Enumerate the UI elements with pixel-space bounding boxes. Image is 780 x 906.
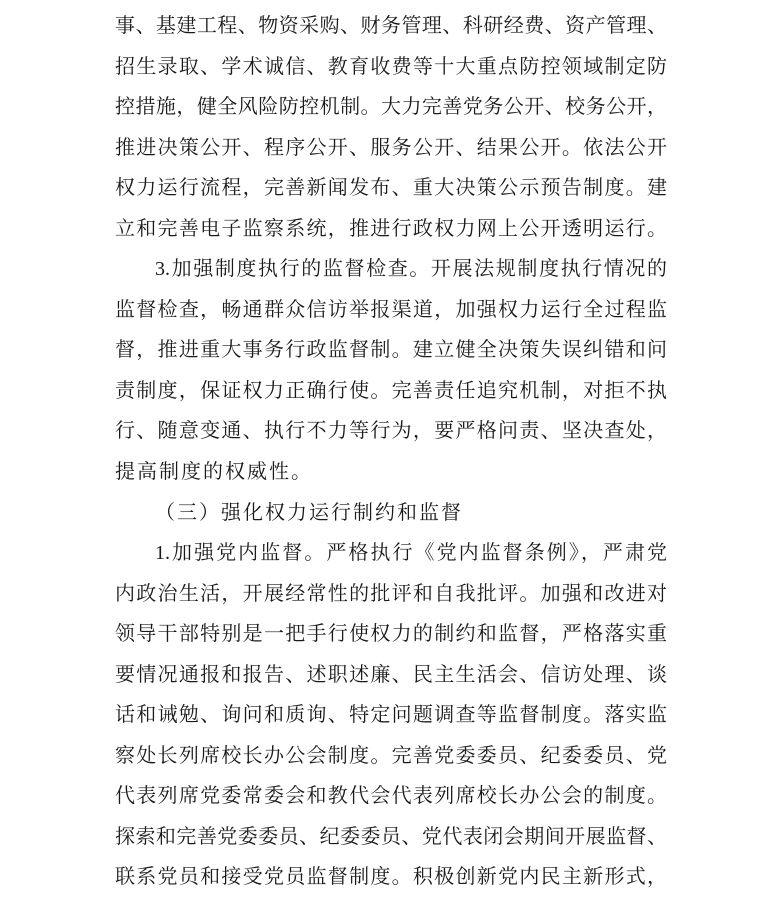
paragraph-end-line: 提高制度的权威性。 xyxy=(115,452,667,493)
text-line: 责制度，保证权力正确行使。完善责任追究机制，对拒不执 xyxy=(115,371,667,412)
section-heading: （三）强化权力运行制约和监督 xyxy=(115,493,667,534)
text-line: 话和诫勉、询问和质询、特定问题调查等监督制度。落实监 xyxy=(115,695,667,736)
text-line: 事、基建工程、物资采购、财务管理、科研经费、资产管理、 xyxy=(115,6,667,47)
text-line: 探索和完善党委委员、纪委委员、党代表闭会期间开展监督、 xyxy=(115,817,667,858)
text-line: 内政治生活，开展经常性的批评和自我批评。加强和改进对 xyxy=(115,574,667,615)
paragraph-start-line: 1.加强党内监督。严格执行《党内监督条例》，严肃党 xyxy=(115,533,667,574)
text-line: 监督检查，畅通群众信访举报渠道，加强权力运行全过程监 xyxy=(115,290,667,331)
text-line: 代表列席党委常委会和教代会代表列席校长办公会的制度。 xyxy=(115,776,667,817)
document-page: 事、基建工程、物资采购、财务管理、科研经费、资产管理、 招生录取、学术诚信、教育… xyxy=(0,0,780,906)
text-line: 行、随意变通、执行不力等行为，要严格问责、坚决查处， xyxy=(115,411,667,452)
text-line: 推进决策公开、程序公开、服务公开、结果公开。依法公开 xyxy=(115,128,667,169)
text-line: 要情况通报和报告、述职述廉、民主生活会、信访处理、谈 xyxy=(115,655,667,696)
text-line: 招生录取、学术诚信、教育收费等十大重点防控领域制定防 xyxy=(115,47,667,88)
text-line: 联系党员和接受党员监督制度。积极创新党内民主新形式， xyxy=(115,857,667,898)
text-line: 领导干部特别是一把手行使权力的制约和监督，严格落实重 xyxy=(115,614,667,655)
text-line: 立和完善电子监察系统，推进行政权力网上公开透明运行。 xyxy=(115,209,667,250)
text-line: 察处长列席校长办公会制度。完善党委委员、纪委委员、党 xyxy=(115,736,667,777)
text-line: 权力运行流程，完善新闻发布、重大决策公示预告制度。建 xyxy=(115,168,667,209)
text-line: 督，推进重大事务行政监督制。建立健全决策失误纠错和问 xyxy=(115,330,667,371)
text-line: 控措施，健全风险防控机制。大力完善党务公开、校务公开， xyxy=(115,87,667,128)
paragraph-start-line: 3.加强制度执行的监督检查。开展法规制度执行情况的 xyxy=(115,249,667,290)
